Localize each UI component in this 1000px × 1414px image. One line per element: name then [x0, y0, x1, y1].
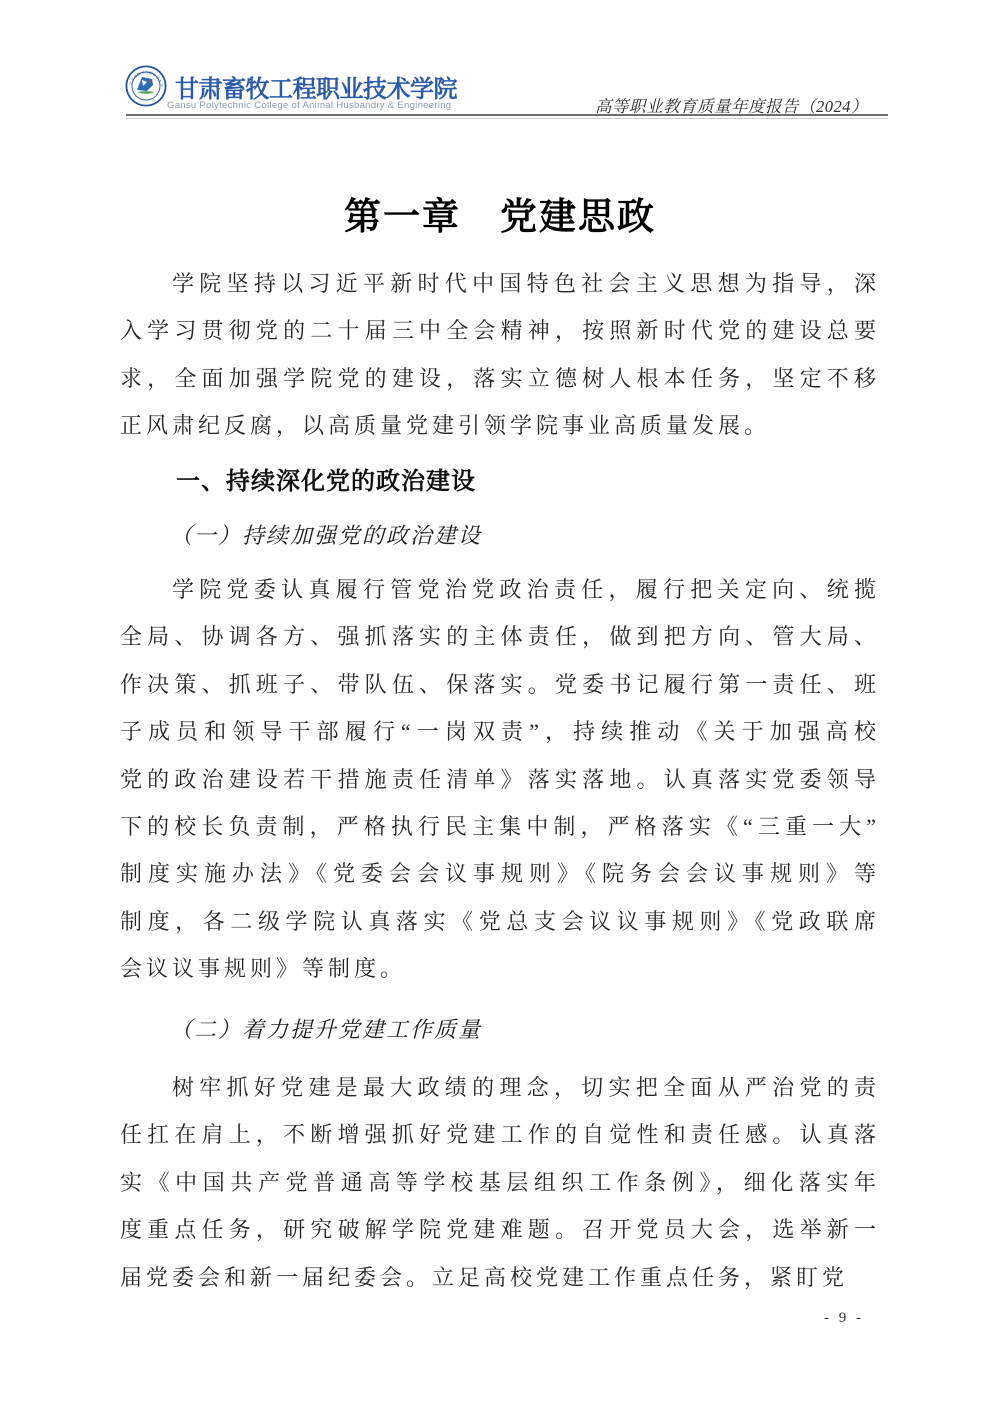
paragraph-line: 届党委会和新一届纪委会。立足高校党建工作重点任务，紧盯党 — [120, 1254, 880, 1301]
college-name-en: Gansu Polytechnic College of Animal Husb… — [167, 100, 451, 111]
paragraph-intro: 学院坚持以习近平新时代中国特色社会主义思想为指导，深 入学习贯彻党的二十届三中全… — [120, 260, 880, 450]
paragraph-line: 树牢抓好党建是最大政绩的理念，切实把全面从严治党的责 — [120, 1064, 880, 1111]
paragraph-line: 任扛在肩上，不断增强抓好党建工作的自觉性和责任感。认真落 — [120, 1111, 880, 1158]
emblem-red-dot — [149, 80, 151, 82]
paragraph-political-building: 学院党委认真履行管党治党政治责任，履行把关定向、统揽 全局、协调各方、强抓落实的… — [120, 566, 880, 993]
paragraph-line: 学院党委认真履行管党治党政治责任，履行把关定向、统揽 — [120, 566, 880, 613]
paragraph-line: 作决策、抓班子、带队伍、保落实。党委书记履行第一责任、班 — [120, 661, 880, 708]
subsection-heading-1: （一）持续加强党的政治建设 — [120, 519, 880, 550]
chapter-title: 第一章 党建思政 — [120, 186, 880, 240]
header-divider — [126, 114, 888, 116]
college-name-zh: 甘肃畜牧工程职业技术学院 — [175, 69, 457, 104]
paragraph-line: 下的校长负责制，严格执行民主集中制，严格落实《“三重一大” — [120, 803, 880, 850]
paragraph-line: 入学习贯彻党的二十届三中全会精神，按照新时代党的建设总要 — [120, 307, 880, 354]
report-page: 甘肃畜牧工程职业技术学院 甘肃畜牧工程职业技术学院 Gansu Polytech… — [0, 0, 1000, 1414]
paragraph-line: 制度，各二级学院认真落实《党总支会议议事规则》《党政联席 — [120, 898, 880, 945]
paragraph-line: 正风肃纪反腐，以高质量党建引领学院事业高质量发展。 — [120, 402, 880, 449]
paragraph-line: 学院坚持以习近平新时代中国特色社会主义思想为指导，深 — [120, 260, 880, 307]
section-heading-1: 一、持续深化党的政治建设 — [120, 461, 880, 496]
paragraph-party-quality: 树牢抓好党建是最大政绩的理念，切实把全面从严治党的责 任扛在肩上，不断增强抓好党… — [120, 1064, 880, 1301]
college-emblem-icon: 甘肃畜牧工程职业技术学院 — [125, 65, 167, 107]
page-number: - 9 - — [824, 1310, 864, 1327]
paragraph-line: 党的政治建设若干措施责任清单》落实落地。认真落实党委领导 — [120, 756, 880, 803]
paragraph-line: 全局、协调各方、强抓落实的主体责任，做到把方向、管大局、 — [120, 613, 880, 660]
paragraph-line: 子成员和领导干部履行“一岗双责”，持续推动《关于加强高校 — [120, 708, 880, 755]
paragraph-line: 度重点任务，研究破解学院党建难题。召开党员大会，选举新一 — [120, 1206, 880, 1253]
paragraph-line: 实《中国共产党普通高等学校基层组织工作条例》，细化落实年 — [120, 1159, 880, 1206]
header-divider-shadow — [126, 118, 888, 119]
paragraph-line: 求，全面加强学院党的建设，落实立德树人根本任务，坚定不移 — [120, 355, 880, 402]
paragraph-line: 制度实施办法》《党委会会议事规则》《院务会会议事规则》等 — [120, 850, 880, 897]
paragraph-line: 会议议事规则》等制度。 — [120, 945, 880, 992]
subsection-heading-2: （二）着力提升党建工作质量 — [120, 1013, 880, 1044]
